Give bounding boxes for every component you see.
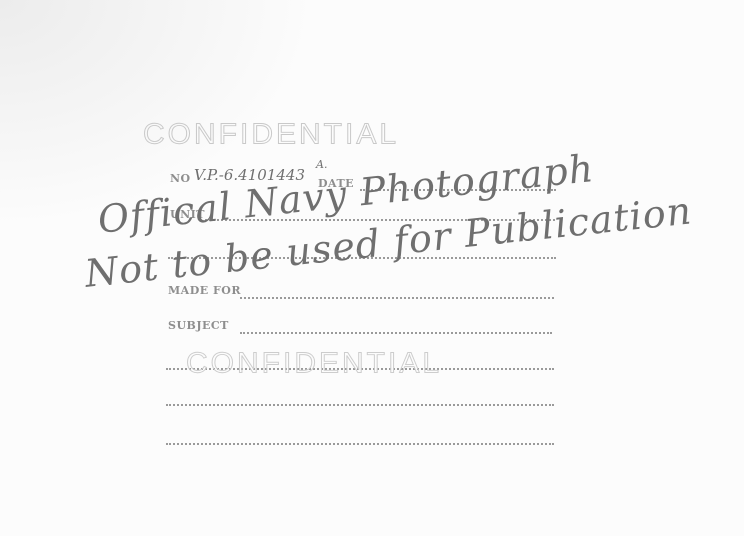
photo-number-suffix: A. — [316, 158, 327, 171]
no-label: NO — [170, 172, 191, 185]
confidential-stamp-top: CONFIDENTIAL — [143, 119, 399, 151]
subject-line-4 — [166, 443, 554, 445]
made-for-line — [240, 297, 554, 299]
subject-line — [240, 332, 552, 334]
photo-back-card: CONFIDENTIAL NO V.P.-6.4101443 A. DATE U… — [0, 0, 744, 536]
subject-label: SUBJECT — [168, 319, 229, 332]
confidential-stamp-bottom: CONFIDENTIAL — [186, 348, 442, 380]
subject-line-3 — [166, 404, 554, 406]
